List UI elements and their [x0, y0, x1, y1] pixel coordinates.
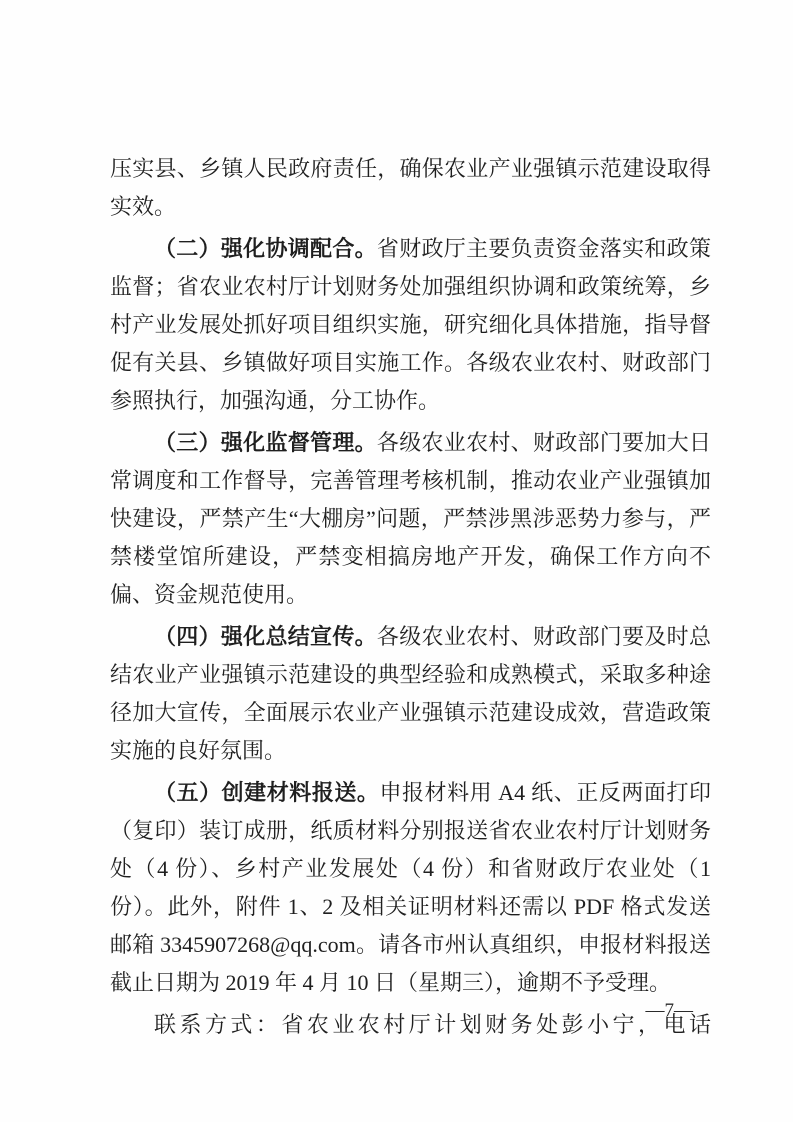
paragraph: 压实县、乡镇人民政府责任，确保农业产业强镇示范建设取得实效。: [110, 150, 711, 226]
body-text: 省财政厅主要负责资金落实和政策监督；省农业农村厅计划财务处加强组织协调和政策统筹…: [110, 236, 711, 413]
body-text: 联系方式：省农业农村厅计划财务处彭小宁，电话: [154, 1012, 711, 1037]
document-body: 压实县、乡镇人民政府责任，确保农业产业强镇示范建设取得实效。（二）强化协调配合。…: [110, 150, 711, 1048]
document-page: 压实县、乡镇人民政府责任，确保农业产业强镇示范建设取得实效。（二）强化协调配合。…: [0, 0, 793, 1122]
body-text: 各级农业农村、财政部门要加大日常调度和工作督导，完善管理考核机制，推动农业产业强…: [110, 430, 711, 607]
paragraph: 联系方式：省农业农村厅计划财务处彭小宁，电话: [110, 1006, 711, 1044]
page-number: —7—: [646, 1000, 694, 1022]
section-heading: （二）强化协调配合。: [154, 236, 377, 261]
paragraph: （二）强化协调配合。省财政厅主要负责资金落实和政策监督；省农业农村厅计划财务处加…: [110, 230, 711, 420]
section-heading: （三）强化监督管理。: [154, 430, 377, 455]
paragraph: （四）强化总结宣传。各级农业农村、财政部门要及时总结农业产业强镇示范建设的典型经…: [110, 618, 711, 770]
section-heading: （四）强化总结宣传。: [154, 624, 377, 649]
body-text: 申报材料用 A4 纸、正反两面打印（复印）装订成册，纸质材料分别报送省农业农村厅…: [110, 780, 711, 995]
section-heading: （五）创建材料报送。: [154, 780, 379, 805]
paragraph: （三）强化监督管理。各级农业农村、财政部门要加大日常调度和工作督导，完善管理考核…: [110, 424, 711, 614]
paragraph: （五）创建材料报送。申报材料用 A4 纸、正反两面打印（复印）装订成册，纸质材料…: [110, 774, 711, 1002]
body-text: 压实县、乡镇人民政府责任，确保农业产业强镇示范建设取得实效。: [110, 156, 711, 219]
